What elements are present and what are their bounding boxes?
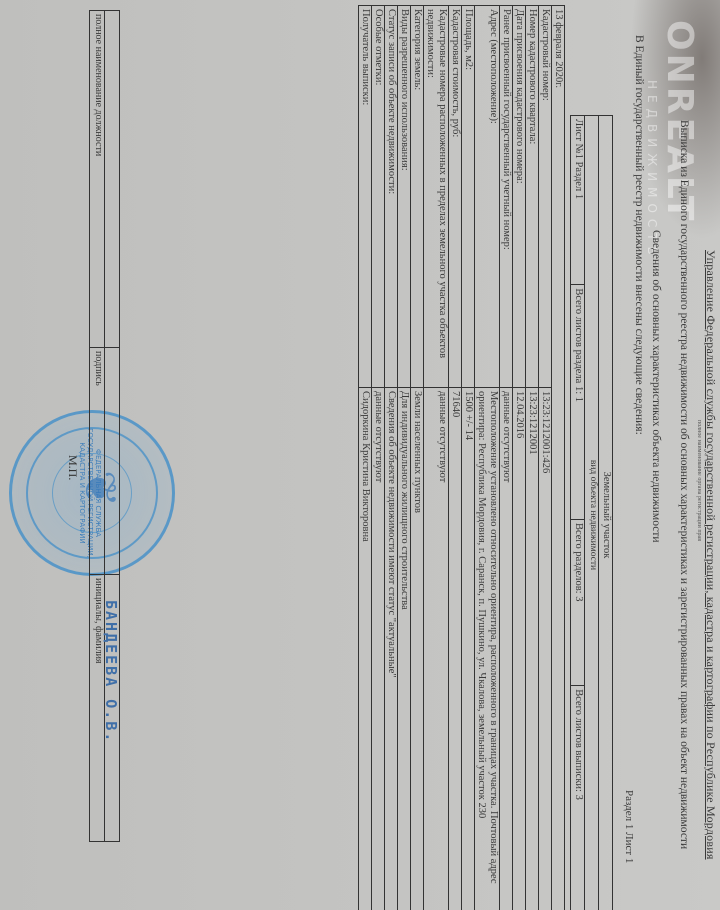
signature-caption: подпись bbox=[90, 348, 105, 575]
position-cell bbox=[105, 11, 120, 348]
field-value: данные отсутствуют bbox=[424, 388, 449, 910]
organization-caption: полное наименование органа регистрации п… bbox=[696, 420, 702, 541]
object-type-caption: вид объекта недвижимости bbox=[585, 116, 599, 910]
characteristics-table: 13 февраля 2020г. Кадастровый номер:13:2… bbox=[358, 5, 565, 910]
field-label: Статус записи об объекте недвижимости: bbox=[385, 6, 398, 388]
extract-date: 13 февраля 2020г. bbox=[552, 6, 565, 910]
field-label: Номер кадастрового квартала: bbox=[526, 6, 539, 388]
table-row: Адрес (местоположение):Местоположение ус… bbox=[475, 6, 500, 910]
table-row: Виды разрешенного использования:Для инди… bbox=[398, 6, 411, 910]
signer-name-stamp: БАНДЕЕВА О.В. bbox=[102, 600, 120, 743]
field-label: Ранее присвоенный государственный учетны… bbox=[500, 6, 513, 388]
sections-total: Всего разделов: 3 bbox=[571, 519, 585, 685]
field-label: Виды разрешенного использования: bbox=[398, 6, 411, 388]
field-label: Площадь, м2: bbox=[462, 6, 475, 388]
section-sheets: Всего листов раздела 1: 1 bbox=[571, 285, 585, 520]
field-value: Земли населенных пунктов bbox=[411, 388, 424, 910]
field-label: Кадастровая стоимость, руб: bbox=[449, 6, 462, 388]
table-row: Категория земель:Земли населенных пункто… bbox=[411, 6, 424, 910]
field-label: Дата присвоения кадастрового номера: bbox=[513, 6, 526, 388]
table-row: Кадастровый номер:13:23:1212001:426 bbox=[539, 6, 552, 910]
object-type: Земельный участок bbox=[599, 116, 613, 910]
field-value: данные отсутствуют bbox=[500, 388, 513, 910]
sheet-label: Лист №1 Раздел 1 bbox=[571, 116, 585, 285]
seal-place-label: М.П. bbox=[65, 455, 80, 480]
field-value: Сведения об объекте недвижимости имеют с… bbox=[385, 388, 398, 910]
table-row: Дата присвоения кадастрового номера:12.0… bbox=[513, 6, 526, 910]
field-label: Кадастровый номер: bbox=[539, 6, 552, 388]
table-row: Кадастровые номера расположенных в преде… bbox=[424, 6, 449, 910]
extract-sheets: Всего листов выписки: 3 bbox=[571, 686, 585, 910]
field-value: данные отсутствуют bbox=[372, 388, 385, 910]
table-row: Кадастровая стоимость, руб:71640 bbox=[449, 6, 462, 910]
table-row: Особые отметки:данные отсутствуют bbox=[372, 6, 385, 910]
field-label: Кадастровые номера расположенных в преде… bbox=[424, 6, 449, 388]
field-value: 12.04.2016 bbox=[513, 388, 526, 910]
position-caption: полное наименование должности bbox=[90, 11, 105, 348]
field-value: Для индивидуального жилищного строительс… bbox=[398, 388, 411, 910]
table-row: Получатель выписки:Сидоркина Кристина Ви… bbox=[359, 6, 372, 910]
watermark: ONREALT НЕДВИЖИМОСТЬ bbox=[645, 20, 700, 261]
field-value: Сидоркина Кристина Викторовна bbox=[359, 388, 372, 910]
table-row: Площадь, м2:1500 +/- 14 bbox=[462, 6, 475, 910]
sheet-reference: Раздел 1 Лист 1 bbox=[623, 790, 635, 863]
field-label: Получатель выписки: bbox=[359, 6, 372, 388]
table-row: Номер кадастрового квартала:13:23:121200… bbox=[526, 6, 539, 910]
field-value: 1500 +/- 14 bbox=[462, 388, 475, 910]
signature-cell bbox=[105, 348, 120, 575]
field-value: 71640 bbox=[449, 388, 462, 910]
field-label: Категория земель: bbox=[411, 6, 424, 388]
field-value: Местоположение установлено относительно … bbox=[475, 388, 500, 910]
document-page: ONREALT НЕДВИЖИМОСТЬ Управление Федераль… bbox=[0, 0, 720, 910]
document-title: Выписка из Единого государственного реес… bbox=[678, 120, 690, 900]
field-value: 13:23:1212001 bbox=[526, 388, 539, 910]
table-row: Ранее присвоенный государственный учетны… bbox=[500, 6, 513, 910]
field-value: 13:23:1212001:426 bbox=[539, 388, 552, 910]
organization-name: Управление Федеральной службы государств… bbox=[703, 250, 718, 900]
document-subtitle: Сведения об основных характеристиках объ… bbox=[650, 230, 662, 750]
table-row: Статус записи об объекте недвижимости:Св… bbox=[385, 6, 398, 910]
field-label: Особые отметки: bbox=[372, 6, 385, 388]
field-label: Адрес (местоположение): bbox=[475, 6, 500, 388]
intro-text: В Единый государственный реестр недвижим… bbox=[633, 35, 645, 435]
object-header-table: Земельный участок вид объекта недвижимос… bbox=[570, 115, 613, 910]
